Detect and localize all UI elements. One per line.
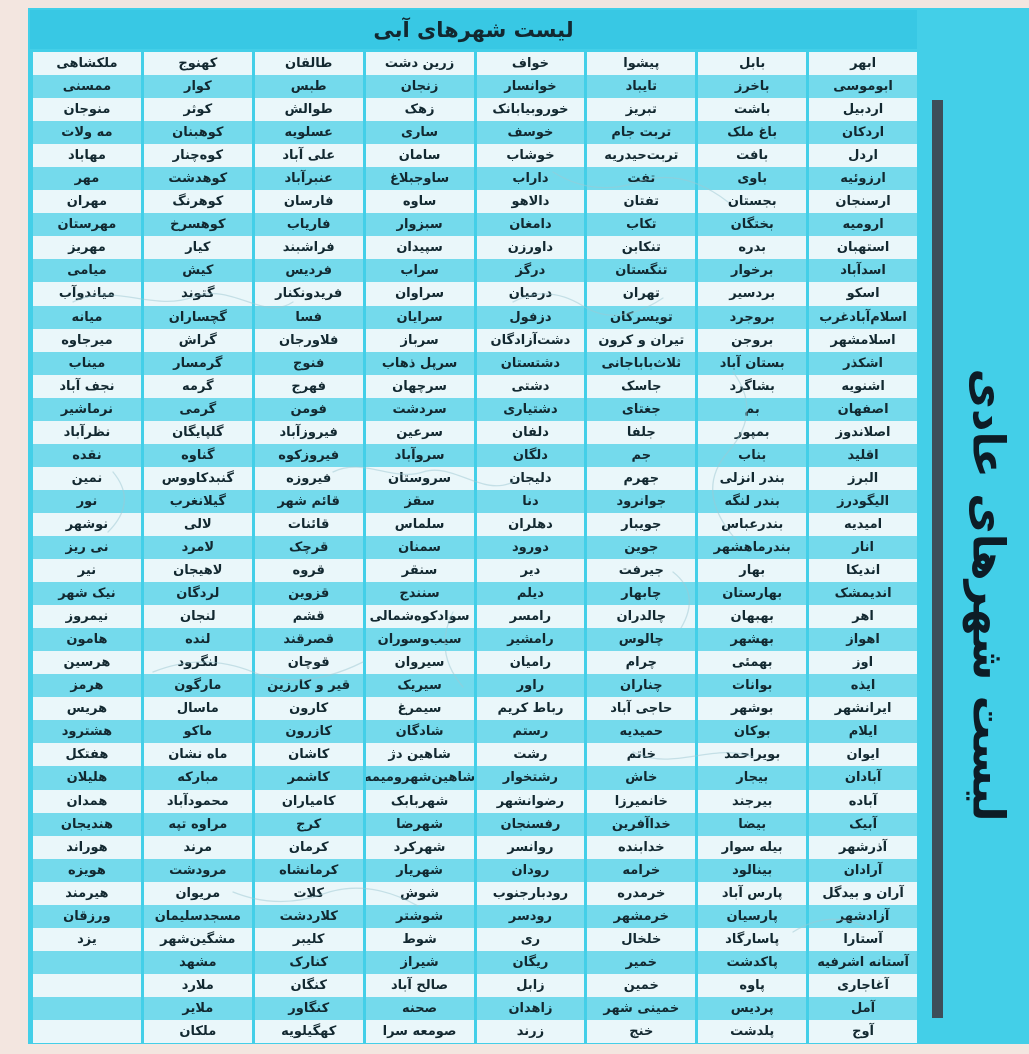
city-cell: اصفهان — [809, 398, 917, 421]
city-cell: گرمسار — [144, 352, 252, 375]
city-cell: آزادشهر — [809, 905, 917, 928]
city-cell: ایوان — [809, 743, 917, 766]
city-cell: کوهبنان — [144, 121, 252, 144]
city-cell: خرمدره — [587, 882, 695, 905]
city-cell: محمودآباد — [144, 790, 252, 813]
city-cell: بهارستان — [698, 582, 806, 605]
city-cell: راور — [477, 674, 585, 697]
city-cell: بروجن — [698, 329, 806, 352]
city-cell: سرعین — [366, 421, 474, 444]
city-cell: مهاباد — [33, 144, 141, 167]
city-cell: خاش — [587, 766, 695, 789]
city-cell: کرمان — [255, 836, 363, 859]
city-cell: اهر — [809, 605, 917, 628]
city-cell: لردگان — [144, 582, 252, 605]
city-cell: میناب — [33, 352, 141, 375]
city-cell: بافت — [698, 144, 806, 167]
city-cell: بوشهر — [698, 697, 806, 720]
blue-cities-title-bar: لیست شهرهای آبی — [30, 10, 917, 49]
city-cell: فراشبند — [255, 236, 363, 259]
city-cell: مسجدسلیمان — [144, 905, 252, 928]
city-cell: خمین — [587, 974, 695, 997]
city-cell: بندر انزلی — [698, 467, 806, 490]
city-cell: بویراحمد — [698, 743, 806, 766]
city-cell: گیلانغرب — [144, 490, 252, 513]
city-cell: نیمروز — [33, 605, 141, 628]
city-cell: قائنات — [255, 513, 363, 536]
city-cell: خاتم — [587, 743, 695, 766]
city-cell: کارون — [255, 697, 363, 720]
city-cell: کاشان — [255, 743, 363, 766]
city-cell: کوثر — [144, 98, 252, 121]
city-cell: دالاهو — [477, 190, 585, 213]
city-cell: بردسیر — [698, 282, 806, 305]
city-cell: ممسنی — [33, 75, 141, 98]
city-cell: لنگرود — [144, 651, 252, 674]
city-cell: سرباز — [366, 329, 474, 352]
city-cell: صالح آباد — [366, 974, 474, 997]
city-cell: بیرجند — [698, 790, 806, 813]
city-cell: مارگون — [144, 674, 252, 697]
city-cell: منوجان — [33, 98, 141, 121]
city-cell: فسا — [255, 306, 363, 329]
city-cell: جاسک — [587, 375, 695, 398]
city-cell: کیار — [144, 236, 252, 259]
city-cell: اردکان — [809, 121, 917, 144]
city-cell: شهریار — [366, 859, 474, 882]
city-cell: شاهین‌شهرومیمه — [366, 766, 474, 789]
city-cell: اردل — [809, 144, 917, 167]
city-cell: چالدران — [587, 605, 695, 628]
city-cell: فیروزه — [255, 467, 363, 490]
city-cell: بندرماهشهر — [698, 536, 806, 559]
city-cell: اوز — [809, 651, 917, 674]
city-cell: کرج — [255, 813, 363, 836]
city-cell: طوالش — [255, 98, 363, 121]
page-title: لیست شهرهای آبی — [373, 18, 573, 42]
city-cell: هرسین — [33, 651, 141, 674]
cities-table: ابهربابلپیشواخوافزرین دشتطالقانکهنوجملکش… — [33, 52, 917, 1043]
city-cell: سراب — [366, 259, 474, 282]
city-cell: ملایر — [144, 997, 252, 1020]
city-cell: فریدونکنار — [255, 282, 363, 305]
city-cell: قیر و کارزین — [255, 674, 363, 697]
city-cell: تکاب — [587, 213, 695, 236]
city-cell: درگز — [477, 259, 585, 282]
city-cell: دورود — [477, 536, 585, 559]
city-cell: جهرم — [587, 467, 695, 490]
city-cell: آرادان — [809, 859, 917, 882]
city-cell: دنا — [477, 490, 585, 513]
city-cell: آستانه اشرفیه — [809, 951, 917, 974]
city-cell: پاکدشت — [698, 951, 806, 974]
city-cell: هریس — [33, 697, 141, 720]
city-cell: دزفول — [477, 306, 585, 329]
normal-cities-sidebar-title: لیست شهرهای عادی — [963, 369, 1014, 822]
city-cell: علی آباد — [255, 144, 363, 167]
city-cell: کنارک — [255, 951, 363, 974]
city-cell: جلفا — [587, 421, 695, 444]
city-cell: ابوموسی — [809, 75, 917, 98]
city-cell: پاسارگاد — [698, 928, 806, 951]
city-cell: کوهدشت — [144, 167, 252, 190]
city-cell: هرمز — [33, 674, 141, 697]
city-cell: اهواز — [809, 628, 917, 651]
city-cell: چابهار — [587, 582, 695, 605]
city-cell: رباط کریم — [477, 697, 585, 720]
city-cell: تویسرکان — [587, 306, 695, 329]
city-cell: انار — [809, 536, 917, 559]
city-cell: زنجان — [366, 75, 474, 98]
city-cell: دهلران — [477, 513, 585, 536]
city-cell: اندیکا — [809, 559, 917, 582]
city-cell: پردیس — [698, 997, 806, 1020]
city-cell: تهران — [587, 282, 695, 305]
city-cell: شادگان — [366, 720, 474, 743]
city-cell: سیروان — [366, 651, 474, 674]
city-cell: درمیان — [477, 282, 585, 305]
city-cell: زرین دشت — [366, 52, 474, 75]
city-cell: چالوس — [587, 628, 695, 651]
city-cell: گرمی — [144, 398, 252, 421]
city-cell: میانه — [33, 306, 141, 329]
city-cell: ماکو — [144, 720, 252, 743]
city-cell: بهشهر — [698, 628, 806, 651]
city-cell: آبادان — [809, 766, 917, 789]
city-cell: دلفان — [477, 421, 585, 444]
city-cell: ایلام — [809, 720, 917, 743]
city-cell: دیلم — [477, 582, 585, 605]
city-cell: بوکان — [698, 720, 806, 743]
city-cell: سردشت — [366, 398, 474, 421]
city-cell: دلگان — [477, 444, 585, 467]
city-cell: سمنان — [366, 536, 474, 559]
city-cell: تنکابن — [587, 236, 695, 259]
city-cell: قزوین — [255, 582, 363, 605]
city-cell: چرام — [587, 651, 695, 674]
city-cell: رودسر — [477, 905, 585, 928]
city-cell: سروستان — [366, 467, 474, 490]
city-cell: خنج — [587, 1020, 695, 1043]
city-cell: خلخال — [587, 928, 695, 951]
city-cell: کاشمر — [255, 766, 363, 789]
city-cell: کلاردشت — [255, 905, 363, 928]
city-cell: جیرفت — [587, 559, 695, 582]
city-cell: هامون — [33, 628, 141, 651]
city-cell: نرماشیر — [33, 398, 141, 421]
city-cell: کنگان — [255, 974, 363, 997]
city-cell: گچساران — [144, 306, 252, 329]
city-cell: تایباد — [587, 75, 695, 98]
city-cell: بناب — [698, 444, 806, 467]
city-cell: بیجار — [698, 766, 806, 789]
city-cell: فردیس — [255, 259, 363, 282]
city-cell: گناوه — [144, 444, 252, 467]
city-cell: نجف آباد — [33, 375, 141, 398]
sidebar-divider-bar — [932, 100, 943, 1018]
city-cell: آذرشهر — [809, 836, 917, 859]
city-cell: پارس آباد — [698, 882, 806, 905]
city-cell: تنگستان — [587, 259, 695, 282]
city-cell: نور — [33, 490, 141, 513]
city-cell — [33, 997, 141, 1020]
city-cell: رستم — [477, 720, 585, 743]
city-cell: قروه — [255, 559, 363, 582]
city-cell: سوادکوه‌شمالی — [366, 605, 474, 628]
city-cell: سیمرغ — [366, 697, 474, 720]
city-cell: سراوان — [366, 282, 474, 305]
city-cell: کوار — [144, 75, 252, 98]
city-cell: اسکو — [809, 282, 917, 305]
city-cell: صحنه — [366, 997, 474, 1020]
city-cell: باخرز — [698, 75, 806, 98]
city-cell: گتوند — [144, 282, 252, 305]
city-cell: لاهیجان — [144, 559, 252, 582]
city-cell: سروآباد — [366, 444, 474, 467]
city-cell: خرامه — [587, 859, 695, 882]
city-cell: کلات — [255, 882, 363, 905]
city-cell: آباده — [809, 790, 917, 813]
city-cell — [33, 974, 141, 997]
city-cell: مرودشت — [144, 859, 252, 882]
city-cell: جویبار — [587, 513, 695, 536]
city-cell: تفت — [587, 167, 695, 190]
city-cell: بینالود — [698, 859, 806, 882]
city-cell: خدابنده — [587, 836, 695, 859]
city-cell: تربت‌حیدریه — [587, 144, 695, 167]
city-cell: سرایان — [366, 306, 474, 329]
city-cell: نقده — [33, 444, 141, 467]
city-cell: پارسیان — [698, 905, 806, 928]
city-cell: اسدآباد — [809, 259, 917, 282]
city-cell: البرز — [809, 467, 917, 490]
city-cell: گلپایگان — [144, 421, 252, 444]
city-cell: شهرضا — [366, 813, 474, 836]
city-cell: ایرانشهر — [809, 697, 917, 720]
city-cell: هوراند — [33, 836, 141, 859]
city-cell: مشهد — [144, 951, 252, 974]
city-cell: سپیدان — [366, 236, 474, 259]
city-cell: دشتی — [477, 375, 585, 398]
city-cell: سامان — [366, 144, 474, 167]
city-cell: طبس — [255, 75, 363, 98]
city-cell: آغاجاری — [809, 974, 917, 997]
city-cell: عنبرآباد — [255, 167, 363, 190]
city-cell: چناران — [587, 674, 695, 697]
city-cell: جوین — [587, 536, 695, 559]
city-cell: بیضا — [698, 813, 806, 836]
city-cell: فیروزآباد — [255, 421, 363, 444]
city-cell: سیریک — [366, 674, 474, 697]
city-cell: رشت — [477, 743, 585, 766]
city-cell: زاهدان — [477, 997, 585, 1020]
city-cell: نوشهر — [33, 513, 141, 536]
city-cell: اسلام‌آبادغرب — [809, 306, 917, 329]
city-cell: تیران و کرون — [587, 329, 695, 352]
city-cell: زهک — [366, 98, 474, 121]
city-cell: امیدیه — [809, 513, 917, 536]
city-cell: کامیاران — [255, 790, 363, 813]
city-cell: رضوانشهر — [477, 790, 585, 813]
city-cell: لنجان — [144, 605, 252, 628]
city-cell: پیشوا — [587, 52, 695, 75]
city-cell: مهر — [33, 167, 141, 190]
city-cell: قائم شهر — [255, 490, 363, 513]
city-cell: دلیجان — [477, 467, 585, 490]
city-cell: کنگاور — [255, 997, 363, 1020]
city-cell: بدره — [698, 236, 806, 259]
city-cell: مبارکه — [144, 766, 252, 789]
city-cell: بیله سوار — [698, 836, 806, 859]
city-cell: بمپور — [698, 421, 806, 444]
city-cell: پاوه — [698, 974, 806, 997]
city-cell: خمیر — [587, 951, 695, 974]
city-cell: مرند — [144, 836, 252, 859]
city-cell: بندر لنگه — [698, 490, 806, 513]
city-cell: حاجی آباد — [587, 697, 695, 720]
city-cell: ماسال — [144, 697, 252, 720]
city-cell: ارزوئیه — [809, 167, 917, 190]
city-cell: خوشاب — [477, 144, 585, 167]
city-cell: سرچهان — [366, 375, 474, 398]
city-cell: بابل — [698, 52, 806, 75]
city-cell: ورزقان — [33, 905, 141, 928]
city-cell: فاریاب — [255, 213, 363, 236]
city-cell: بم — [698, 398, 806, 421]
city-cell: ریگان — [477, 951, 585, 974]
city-cell: رودان — [477, 859, 585, 882]
city-cell: الیگودرز — [809, 490, 917, 513]
city-cell: ارسنجان — [809, 190, 917, 213]
city-cell: اندیمشک — [809, 582, 917, 605]
city-cell: باوی — [698, 167, 806, 190]
city-cell: مهرستان — [33, 213, 141, 236]
city-cell: استهبان — [809, 236, 917, 259]
city-cell: هفتکل — [33, 743, 141, 766]
city-cell: بختگان — [698, 213, 806, 236]
city-cell: خواف — [477, 52, 585, 75]
city-cell: بروجرد — [698, 306, 806, 329]
city-cell: تبریز — [587, 98, 695, 121]
city-cell: ایذه — [809, 674, 917, 697]
city-cell: بوانات — [698, 674, 806, 697]
city-cell: فهرج — [255, 375, 363, 398]
city-cell: قوچان — [255, 651, 363, 674]
city-cell: سقز — [366, 490, 474, 513]
city-cell: کیش — [144, 259, 252, 282]
city-cell: نمین — [33, 467, 141, 490]
city-cell: خوروبیابانک — [477, 98, 585, 121]
city-cell: داراب — [477, 167, 585, 190]
city-cell: ملکشاهی — [33, 52, 141, 75]
city-cell: اقلید — [809, 444, 917, 467]
city-cell: جوانرود — [587, 490, 695, 513]
city-cell: ساوجبلاغ — [366, 167, 474, 190]
city-cell: جغتای — [587, 398, 695, 421]
city-cell: دامغان — [477, 213, 585, 236]
city-cell: اصلاندوز — [809, 421, 917, 444]
city-cell: ملارد — [144, 974, 252, 997]
city-cell: فومن — [255, 398, 363, 421]
city-cell: کازرون — [255, 720, 363, 743]
city-cell: رامشیر — [477, 628, 585, 651]
city-cell: بهمئی — [698, 651, 806, 674]
city-cell: هلیلان — [33, 766, 141, 789]
city-cell: فلاورجان — [255, 329, 363, 352]
city-cell: هشترود — [33, 720, 141, 743]
city-cell: آوج — [809, 1020, 917, 1043]
city-cell: آستارا — [809, 928, 917, 951]
city-cell: سنقر — [366, 559, 474, 582]
city-cell: خوسف — [477, 121, 585, 144]
city-cell: آران و بیدگل — [809, 882, 917, 905]
city-cell: میاندوآب — [33, 282, 141, 305]
city-cell: مراوه تپه — [144, 813, 252, 836]
city-cell: گراش — [144, 329, 252, 352]
city-cell: کوهرنگ — [144, 190, 252, 213]
city-cell: بهبهان — [698, 605, 806, 628]
city-cell: نظرآباد — [33, 421, 141, 444]
city-cell: جم — [587, 444, 695, 467]
city-cell: میرجاوه — [33, 329, 141, 352]
city-cell: هیرمند — [33, 882, 141, 905]
city-cell: گرمه — [144, 375, 252, 398]
city-cell: عسلویه — [255, 121, 363, 144]
city-cell: مهریز — [33, 236, 141, 259]
city-cell: سیب‌وسوران — [366, 628, 474, 651]
city-cell: باشت — [698, 98, 806, 121]
city-cell: طالقان — [255, 52, 363, 75]
city-cell: فارسان — [255, 190, 363, 213]
city-cell: بجستان — [698, 190, 806, 213]
city-cell: بستان آباد — [698, 352, 806, 375]
city-cell: شهربابک — [366, 790, 474, 813]
city-cell: اشکذر — [809, 352, 917, 375]
city-cell: شهرکرد — [366, 836, 474, 859]
city-cell: باغ ملک — [698, 121, 806, 144]
city-cell: ساوه — [366, 190, 474, 213]
city-cell: بشاگرد — [698, 375, 806, 398]
city-cell: شوش — [366, 882, 474, 905]
city-cell: صومعه سرا — [366, 1020, 474, 1043]
city-cell: نی ریز — [33, 536, 141, 559]
city-cell: اسلامشهر — [809, 329, 917, 352]
city-cell: رفسنجان — [477, 813, 585, 836]
infographic-page: { "title": "لیست شهرهای آبی", "sidebar_t… — [0, 0, 1029, 1054]
city-cell: میامی — [33, 259, 141, 282]
city-cell: بندرعباس — [698, 513, 806, 536]
city-cell: شوشتر — [366, 905, 474, 928]
city-cell: ری — [477, 928, 585, 951]
city-cell: دشت‌آزادگان — [477, 329, 585, 352]
city-cell: مه ولات — [33, 121, 141, 144]
city-cell: زابل — [477, 974, 585, 997]
city-cell: یزد — [33, 928, 141, 951]
city-cell: مشگین‌شهر — [144, 928, 252, 951]
city-cell: کرمانشاه — [255, 859, 363, 882]
city-cell: آبیک — [809, 813, 917, 836]
city-cell: لامرد — [144, 536, 252, 559]
city-cell — [33, 1020, 141, 1043]
city-cell: خداآفرین — [587, 813, 695, 836]
city-cell: فیروزکوه — [255, 444, 363, 467]
city-cell: فنوج — [255, 352, 363, 375]
city-cell: آمل — [809, 997, 917, 1020]
city-cell: قصرقند — [255, 628, 363, 651]
city-cell: حمیدیه — [587, 720, 695, 743]
cities-panel: لیست شهرهای آبی ابهربابلپیشواخوافزرین دش… — [28, 8, 1029, 1044]
city-cell: ملکان — [144, 1020, 252, 1043]
